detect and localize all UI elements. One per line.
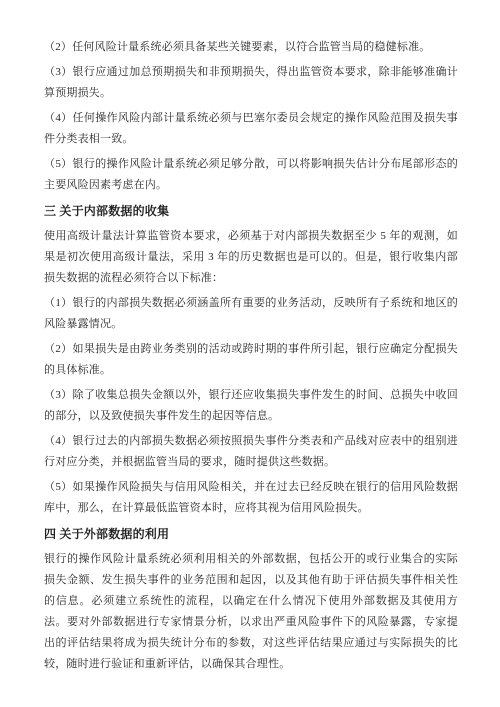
paragraph: （4）任何操作风险内部计量系统必须与巴塞尔委员会规定的操作风险范围及损失事件分类…: [44, 108, 458, 150]
paragraph: （3）银行应通过加总预期损失和非预期损失，得出监管资本要求，除非能够准确计算预期…: [44, 62, 458, 104]
paragraph: 使用高级计量法计算监管资本要求，必须基于对内部损失数据至少 5 年的观测，如果是…: [44, 226, 458, 289]
paragraph: （2）任何风险计量系统必须具备某些关键要素，以符合监管当局的稳健标准。: [44, 37, 458, 58]
paragraph: 银行的操作风险计量系统必须利用相关的外部数据，包括公开的或行业集合的实际损失金额…: [44, 549, 458, 675]
paragraph: （1）银行的内部损失数据必须涵盖所有重要的业务活动，反映所有子系统和地区的风险暴…: [44, 293, 458, 335]
section-heading: 三 关于内部数据的收集: [44, 201, 458, 222]
document-page: （2）任何风险计量系统必须具备某些关键要素，以符合监管当局的稳健标准。（3）银行…: [0, 0, 500, 707]
paragraph: （4）银行过去的内部损失数据必须按照损失事件分类表和产品线对应表中的组别进行对应…: [44, 431, 458, 473]
paragraph: （2）如果损失是由跨业务类别的活动或跨时期的事件所引起，银行应确定分配损失的具体…: [44, 339, 458, 381]
paragraph: （5）银行的操作风险计量系统必须足够分散，可以将影响损失估计分布尾部形态的主要风…: [44, 154, 458, 196]
document-content: （2）任何风险计量系统必须具备某些关键要素，以符合监管当局的稳健标准。（3）银行…: [44, 37, 458, 675]
paragraph: （5）如果操作风险损失与信用风险相关，并在过去已经反映在银行的信用风险数据库中，…: [44, 477, 458, 519]
paragraph: （3）除了收集总损失金额以外，银行还应收集损失事件发生的时间、总损失中收回的部分…: [44, 385, 458, 427]
section-heading: 四 关于外部数据的利用: [44, 524, 458, 545]
